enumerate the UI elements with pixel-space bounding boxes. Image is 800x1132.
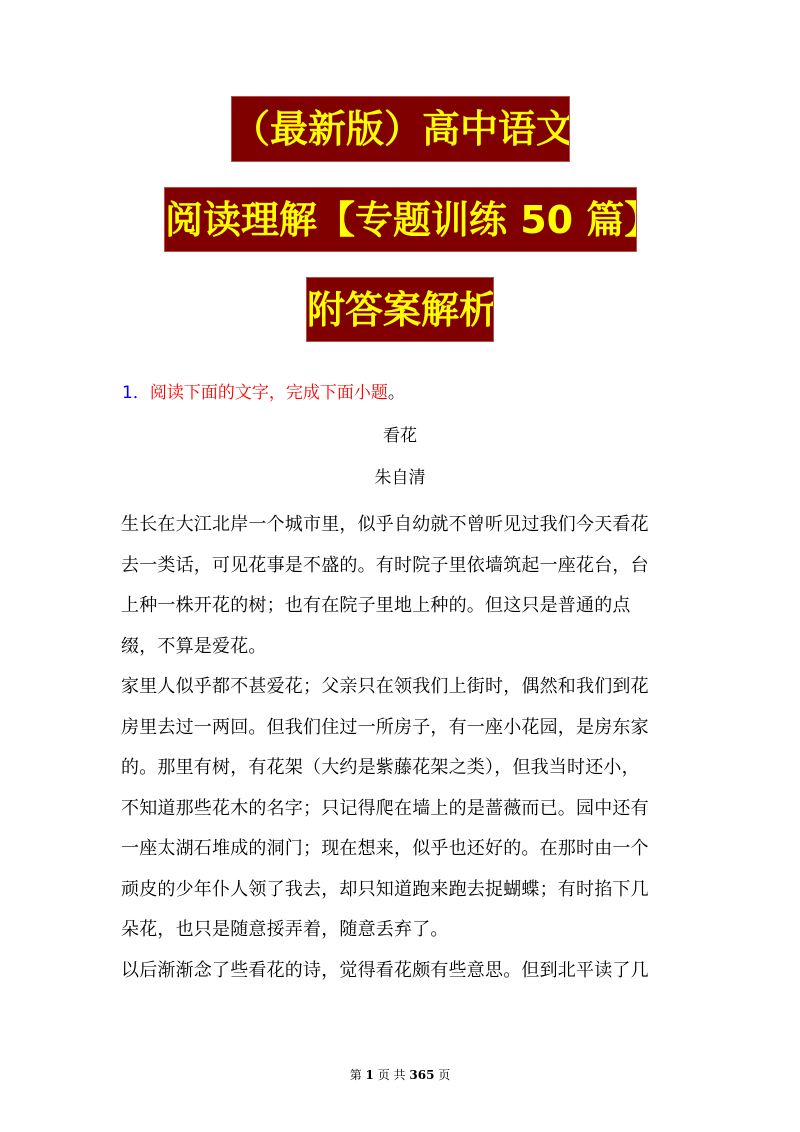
essay-line: 朵花，也只是随意挼弄着，随意丢弃了。 — [121, 910, 681, 951]
question-number: 1． — [122, 383, 150, 403]
essay-line: 一座太湖石堆成的洞门；现在想来，似乎也还好的。在那时由一个 — [121, 829, 681, 870]
question-heading: 1．阅读下面的文字，完成下面小题。 — [122, 381, 405, 405]
essay-author: 朱自清 — [0, 466, 800, 490]
essay-title: 看花 — [0, 424, 800, 448]
page-footer: 第 1 页 共 365 页 — [0, 1067, 800, 1083]
essay-line: 房里去过一两回。但我们住过一所房子，有一座小花园，是房东家 — [121, 708, 681, 749]
question-prompt: 阅读下面的文字，完成下面小题 — [150, 383, 388, 403]
essay-line: 去一类话，可见花事是不盛的。有时院子里依墙筑起一座花台，台 — [121, 546, 681, 587]
essay-line: 缀，不算是爱花。 — [121, 627, 681, 668]
essay-line: 上种一株开花的树；也有在院子里地上种的。但这只是普通的点 — [121, 586, 681, 627]
essay-line: 的。那里有树，有花架（大约是紫藤花架之类），但我当时还小， — [121, 748, 681, 789]
essay-line: 顽皮的少年仆人领了我去，却只知道跑来跑去捉蝴蝶；有时掐下几 — [121, 870, 681, 911]
footer-middle: 页 共 — [378, 1068, 406, 1082]
essay-line: 以后渐渐念了些看花的诗，觉得看花颇有些意思。但到北平读了几 — [121, 951, 681, 992]
document-title-line-2: 阅读理解【专题训练 50 篇】 — [164, 187, 637, 252]
total-page-count: 365 — [409, 1068, 434, 1082]
essay-line: 家里人似乎都不甚爱花；父亲只在领我们上街时，偶然和我们到花 — [121, 667, 681, 708]
footer-prefix: 第 — [350, 1068, 362, 1082]
document-title-line-3: 附答案解析 — [306, 277, 494, 342]
current-page-number: 1 — [366, 1068, 374, 1082]
footer-suffix: 页 — [438, 1068, 450, 1082]
essay-line: 生长在大江北岸一个城市里，似乎自幼就不曾听见过我们今天看花 — [121, 505, 681, 546]
question-end-punctuation: 。 — [388, 383, 405, 403]
document-title-line-1: （最新版）高中语文 — [231, 96, 570, 162]
essay-body: 生长在大江北岸一个城市里，似乎自幼就不曾听见过我们今天看花 去一类话，可见花事是… — [121, 505, 681, 991]
essay-line: 不知道那些花木的名字；只记得爬在墙上的是蔷薇而已。园中还有 — [121, 789, 681, 830]
